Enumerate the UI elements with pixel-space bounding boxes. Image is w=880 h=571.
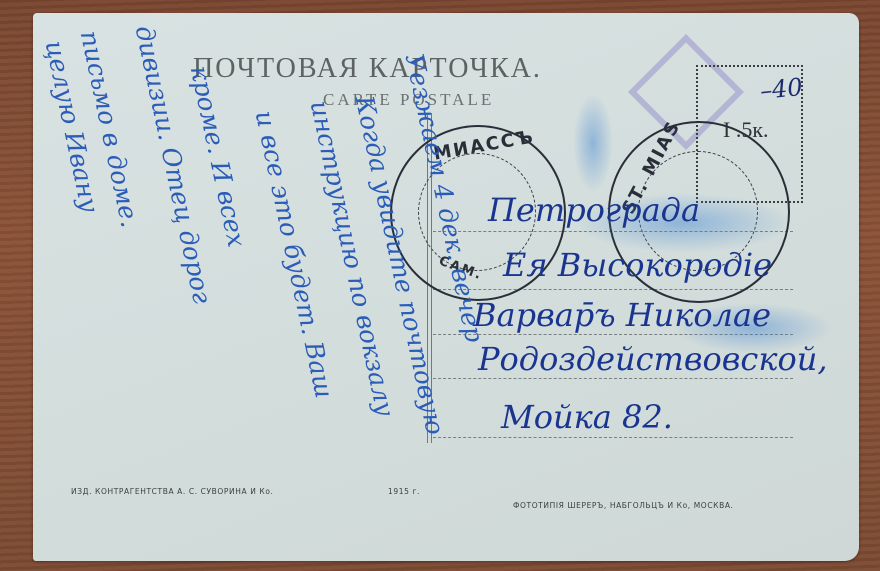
address-line-2: Ея Высокородіе [503,246,772,284]
address-line [433,437,793,438]
ink-smudge [573,93,613,193]
printer-imprint: ФОТОТИПІЯ ШЕРЕРЪ, НАБГОЛЬЦЪ И Ко, МОСКВА… [513,501,734,510]
address-line-3: Варвар̄ъ Николае [473,296,771,334]
address-line-1: Петрограда [488,191,700,229]
card-title: ПОЧТОВАЯ КАРТОЧКА. [193,53,542,85]
imprint-year: 1915 г. [388,487,420,496]
stamp-handwritten-note: –40 [759,73,804,105]
publisher-imprint: ИЗД. КОНТРАГЕНТСТВА А. С. СУВОРИНА И Ко. [71,487,274,496]
address-line-5: Мойка 82. [501,398,673,436]
address-line [433,378,793,379]
postcard-back: ПОЧТОВАЯ КАРТОЧКА. CARTE POSTALE I .5к. … [33,13,859,561]
address-line-4: Родоздействовской, [478,340,827,378]
